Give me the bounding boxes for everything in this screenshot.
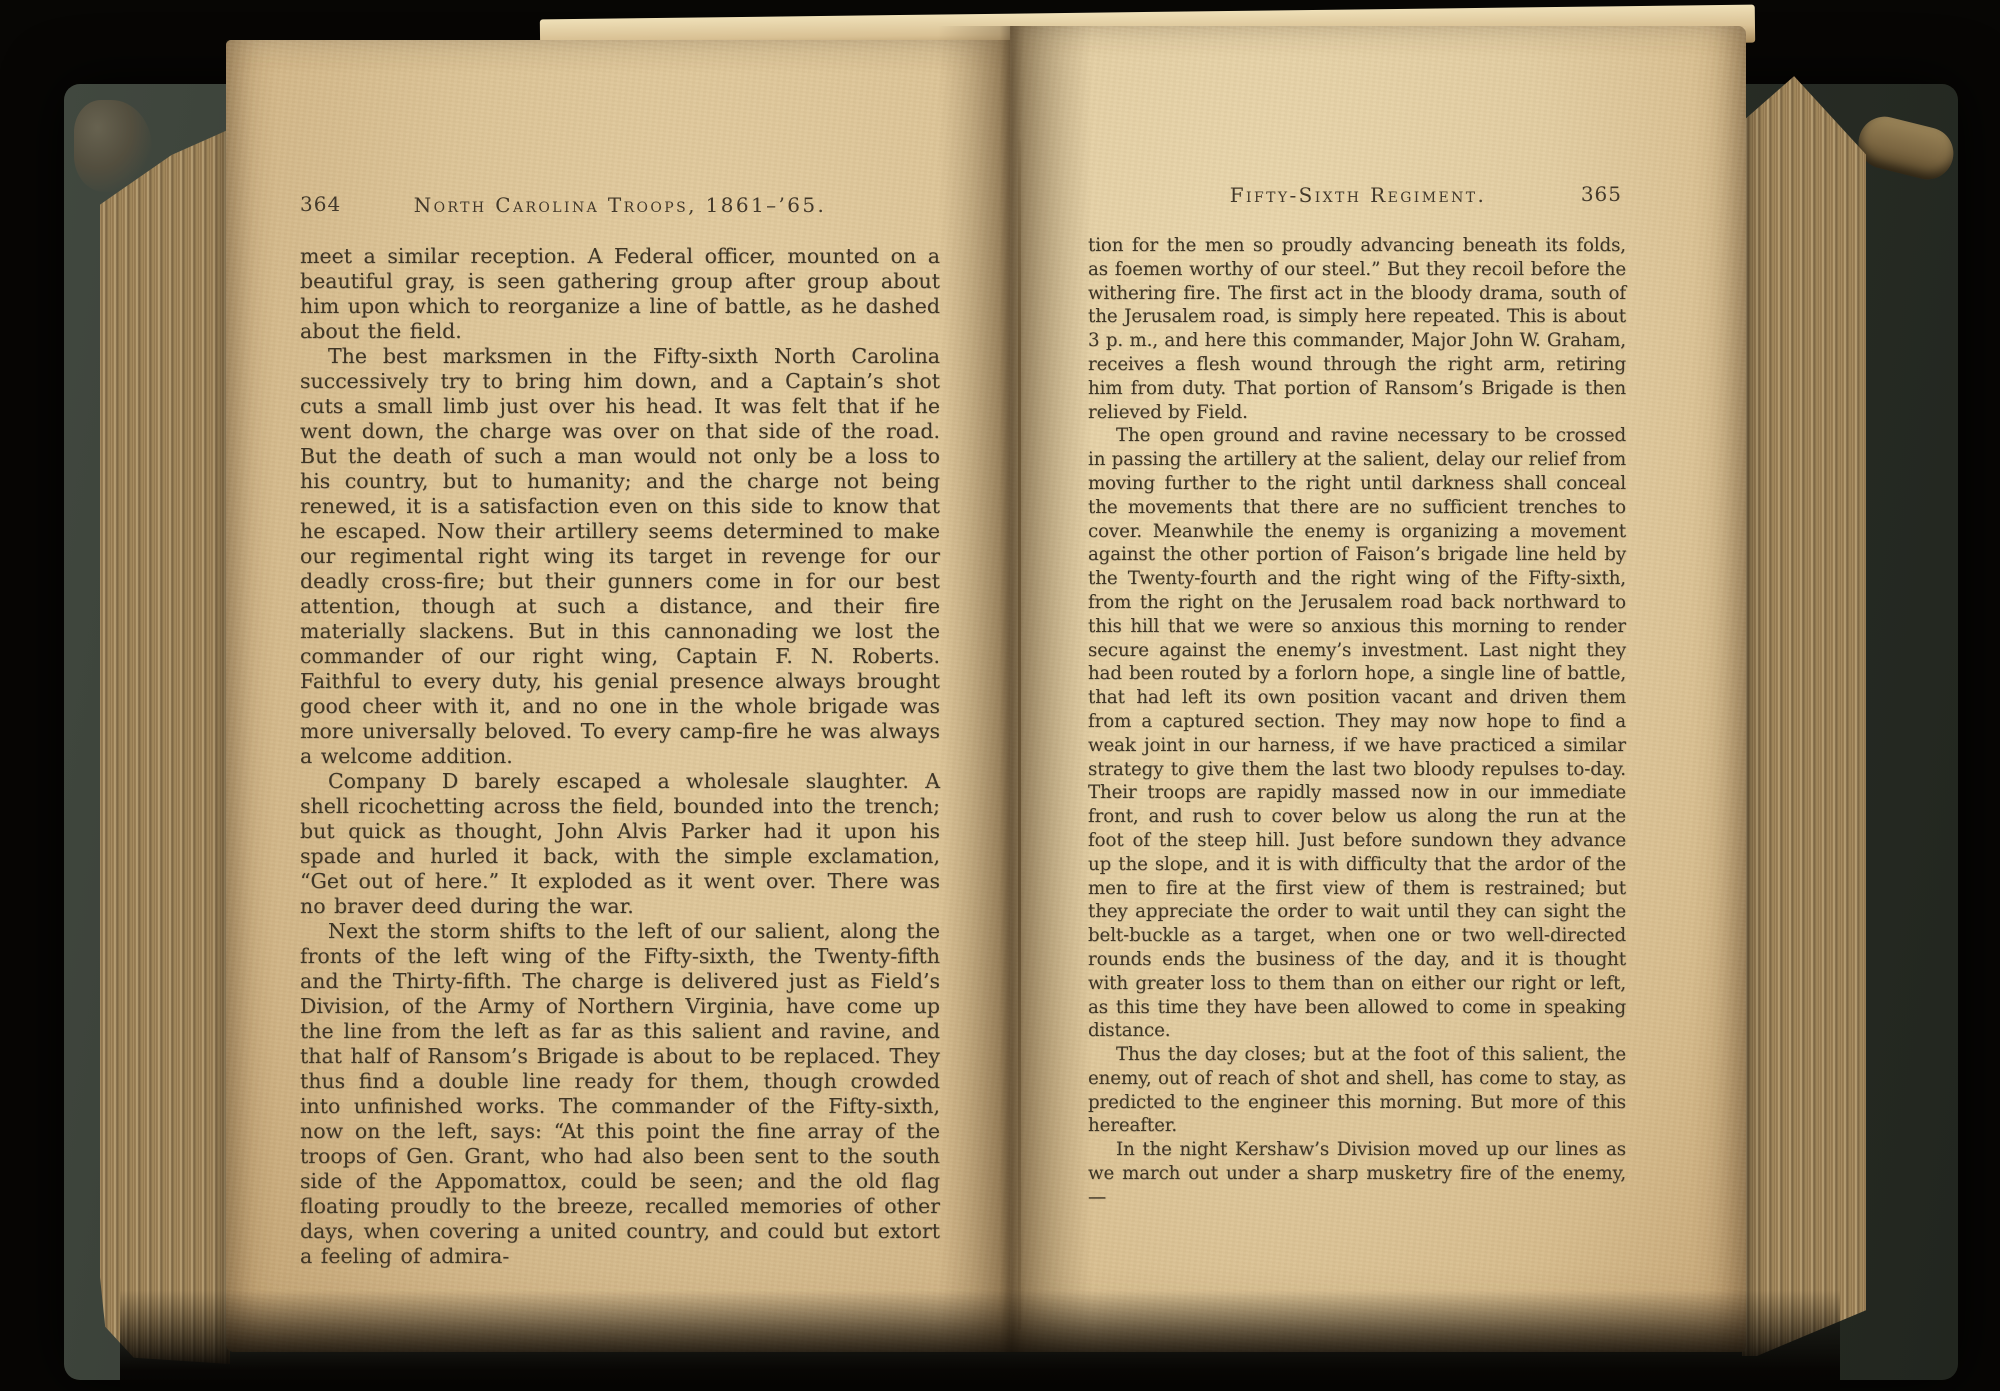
running-header-left: 364 North Carolina Troops, 1861–’65.	[300, 192, 940, 218]
running-title-left: North Carolina Troops, 1861–’65.	[300, 192, 940, 218]
page-edges-left	[100, 124, 230, 1364]
paragraph: tion for the men so proudly advancing be…	[1088, 234, 1626, 424]
running-title-right: Fifty-Sixth Regiment.	[1088, 182, 1628, 208]
running-header-right: Fifty-Sixth Regiment. 365	[1088, 182, 1628, 208]
book-photograph: 364 North Carolina Troops, 1861–’65. mee…	[0, 0, 2000, 1391]
page-edges-right	[1742, 50, 1866, 1356]
paragraph: In the night Kershaw’s Division moved up…	[1088, 1138, 1626, 1209]
page-body-right: tion for the men so proudly advancing be…	[1088, 234, 1626, 1210]
paragraph: Company D barely escaped a wholesale sla…	[300, 769, 940, 919]
paragraph: Thus the day closes; but at the foot of …	[1088, 1043, 1626, 1138]
page-number-left: 364	[300, 192, 341, 216]
page-number-right: 365	[1581, 182, 1622, 206]
paragraph: The open ground and ravine necessary to …	[1088, 424, 1626, 1043]
paragraph: meet a similar reception. A Federal offi…	[300, 244, 940, 344]
paragraph: Next the storm shifts to the left of our…	[300, 919, 940, 1269]
page-body-left: meet a similar reception. A Federal offi…	[300, 244, 940, 1269]
paragraph: The best marksmen in the Fifty-sixth Nor…	[300, 344, 940, 769]
